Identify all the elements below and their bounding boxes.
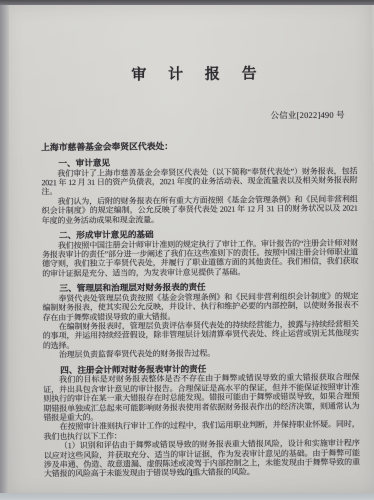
document-page: 审 计 报 告 公信业[2022]490 号 上海市慈善基金会奉贤区代表处： 一… [4,1,374,496]
section-auditor-responsibility: 四、注册会计师对财务报表审计的责任 我们的目标是对财务报表整体是否不存在由于舞弊… [43,363,360,479]
paragraph: 我们认为，后附的财务报表在所有重大方面按照《基金会管理条例》和《民间非营利组织会… [42,194,358,225]
paragraph: 我们的目标是对财务报表整体是否不存在由于舞弊或错误导致的重大错报获取合理保证，并… [43,373,359,423]
section-management-responsibility: 三、管理层和治理层对财务报表的责任 奉贤代表处管理层负责按照《基金会管理条例》和… [42,282,359,360]
photo-top-edge [0,0,374,5]
section-audit-opinion: 一、审计意见 我们审计了上海市慈善基金会奉贤区代表处（以下简称“奉贤代表处”）财… [41,157,358,226]
table-surface-strip [0,493,374,500]
report-title: 审 计 报 告 [40,62,356,86]
paragraph: 我们按照中国注册会计师审计准则的规定执行了审计工作。审计报告的“注册会计师对财务… [42,238,358,278]
document-number: 公信业[2022]490 号 [41,109,357,124]
paper-left-edge-shadow [0,0,9,500]
addressee-line: 上海市慈善基金会奉贤区代表处： [41,138,357,154]
photo-background: 审 计 报 告 公信业[2022]490 号 上海市慈善基金会奉贤区代表处： 一… [0,0,374,500]
page-number: - 1 - [8,466,374,479]
paragraph: 我们审计了上海市慈善基金会奉贤区代表处（以下简称“奉贤代表处”）财务报表，包括 … [41,166,357,197]
paragraph: 在编制财务报表时，管理层负责评估奉贤代表处的持续经营能力，披露与持续经营相关的事… [43,320,359,351]
page-content: 审 计 报 告 公信业[2022]490 号 上海市慈善基金会奉贤区代表处： 一… [4,1,374,479]
paragraph: 奉贤代表处管理层负责按照《基金会管理条例》和《民间非营利组织会计制度》的规定编制… [42,291,358,322]
paragraph: 治理层负责监督奉贤代表处的财务报告过程。 [43,348,359,360]
section-basis-for-opinion: 二、形成审计意见的基础 我们按照中国注册会计师审计准则的规定执行了审计工作。审计… [42,229,358,279]
